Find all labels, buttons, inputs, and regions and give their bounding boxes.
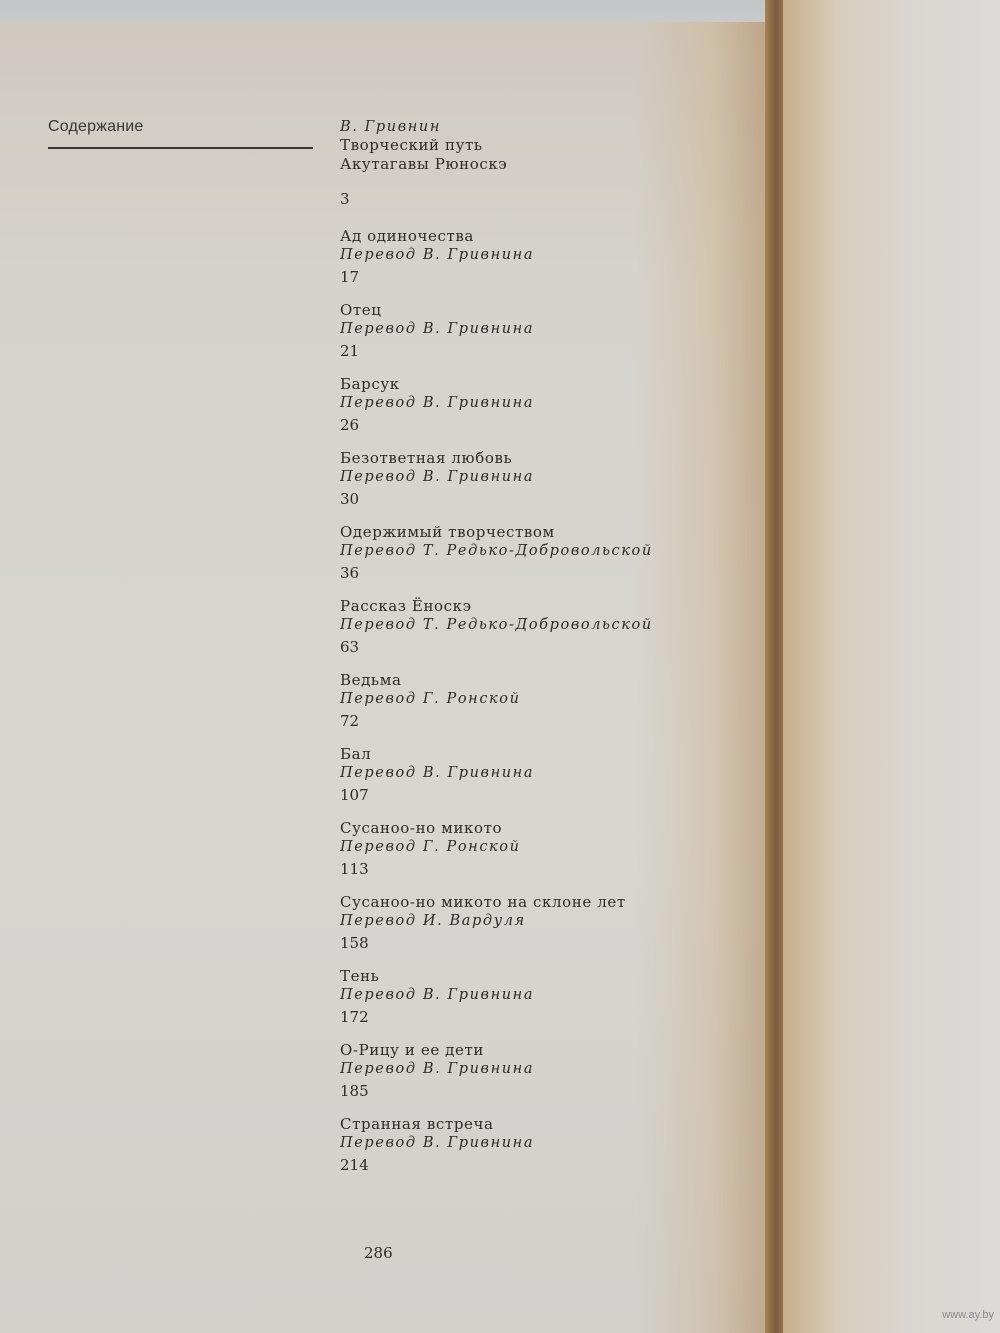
toc-entry: Сусаноо-но микото Перевод Г. Ронской 113	[340, 819, 760, 879]
toc-entry: О-Рицу и ее дети Перевод В. Гривнина 185	[340, 1041, 760, 1101]
entry-title: Одержимый творчеством	[340, 523, 760, 542]
entry-title-continued: Акутагавы Рюноскэ	[340, 155, 760, 174]
entry-page: 72	[340, 712, 760, 731]
toc-entry-intro: В. Гривнин Творческий путь Акутагавы Рюн…	[340, 118, 760, 209]
entry-translator: Перевод В. Гривнина	[340, 246, 760, 264]
entry-title: О-Рицу и ее дети	[340, 1041, 760, 1060]
entry-page: 36	[340, 564, 760, 583]
entry-title: Ведьма	[340, 671, 760, 690]
entry-translator: Перевод В. Гривнина	[340, 468, 760, 486]
entry-page: 185	[340, 1082, 760, 1101]
entry-page: 113	[340, 860, 760, 879]
entry-title: Барсук	[340, 375, 760, 394]
entry-title: Рассказ Ёноскэ	[340, 597, 760, 616]
toc-entry: Одержимый творчеством Перевод Т. Редько-…	[340, 523, 760, 583]
entry-translator: Перевод Г. Ронской	[340, 838, 760, 856]
entry-translator: Перевод В. Гривнина	[340, 1060, 760, 1078]
page-number: 286	[364, 1244, 393, 1262]
entry-translator: Перевод Т. Редько-Добровольской	[340, 616, 760, 634]
entry-translator: Перевод И. Вардуля	[340, 912, 760, 930]
right-page-edge	[783, 0, 1000, 1333]
entry-title: Безответная любовь	[340, 449, 760, 468]
entry-translator: Перевод В. Гривнина	[340, 320, 760, 338]
toc-entry: Ведьма Перевод Г. Ронской 72	[340, 671, 760, 731]
toc-entry: Ад одиночества Перевод В. Гривнина 17	[340, 227, 760, 287]
toc-entry: Рассказ Ёноскэ Перевод Т. Редько-Доброво…	[340, 597, 760, 657]
toc-entry: Сусаноо-но микото на склоне лет Перевод …	[340, 893, 760, 953]
entry-title: Сусаноо-но микото	[340, 819, 760, 838]
entry-page: 172	[340, 1008, 760, 1027]
entry-page: 17	[340, 268, 760, 287]
entry-translator: Перевод Т. Редько-Добровольской	[340, 542, 760, 560]
entry-page: 214	[340, 1156, 760, 1175]
toc-title: Содержание	[48, 118, 313, 136]
entry-translator: Перевод В. Гривнина	[340, 764, 760, 782]
entry-page: 63	[340, 638, 760, 657]
entry-page: 21	[340, 342, 760, 361]
watermark: www.ay.by	[942, 1309, 994, 1321]
entry-title: Сусаноо-но микото на склоне лет	[340, 893, 760, 912]
entry-title: Ад одиночества	[340, 227, 760, 246]
header-rule	[48, 147, 313, 149]
toc-entry: Безответная любовь Перевод В. Гривнина 3…	[340, 449, 760, 509]
entry-translator: Перевод Г. Ронской	[340, 690, 760, 708]
entry-title: Творческий путь	[340, 136, 760, 155]
toc-entry: Отец Перевод В. Гривнина 21	[340, 301, 760, 361]
entry-title: Бал	[340, 745, 760, 764]
entry-title: Отец	[340, 301, 760, 320]
toc-header: Содержание	[48, 118, 313, 149]
entry-title: Странная встреча	[340, 1115, 760, 1134]
entry-translator: Перевод В. Гривнина	[340, 986, 760, 1004]
entry-translator: Перевод В. Гривнина	[340, 1134, 760, 1152]
entry-title: Тень	[340, 967, 760, 986]
toc-entry: Тень Перевод В. Гривнина 172	[340, 967, 760, 1027]
entry-page: 26	[340, 416, 760, 435]
entry-translator: Перевод В. Гривнина	[340, 394, 760, 412]
toc-entry: Барсук Перевод В. Гривнина 26	[340, 375, 760, 435]
toc-entry: Бал Перевод В. Гривнина 107	[340, 745, 760, 805]
book-gutter	[765, 0, 785, 1333]
entry-author: В. Гривнин	[340, 118, 760, 136]
entry-page: 30	[340, 490, 760, 509]
entry-page: 3	[340, 190, 760, 209]
entry-page: 158	[340, 934, 760, 953]
toc-entry: Странная встреча Перевод В. Гривнина 214	[340, 1115, 760, 1175]
entry-page: 107	[340, 786, 760, 805]
toc-list: В. Гривнин Творческий путь Акутагавы Рюн…	[340, 118, 760, 1189]
